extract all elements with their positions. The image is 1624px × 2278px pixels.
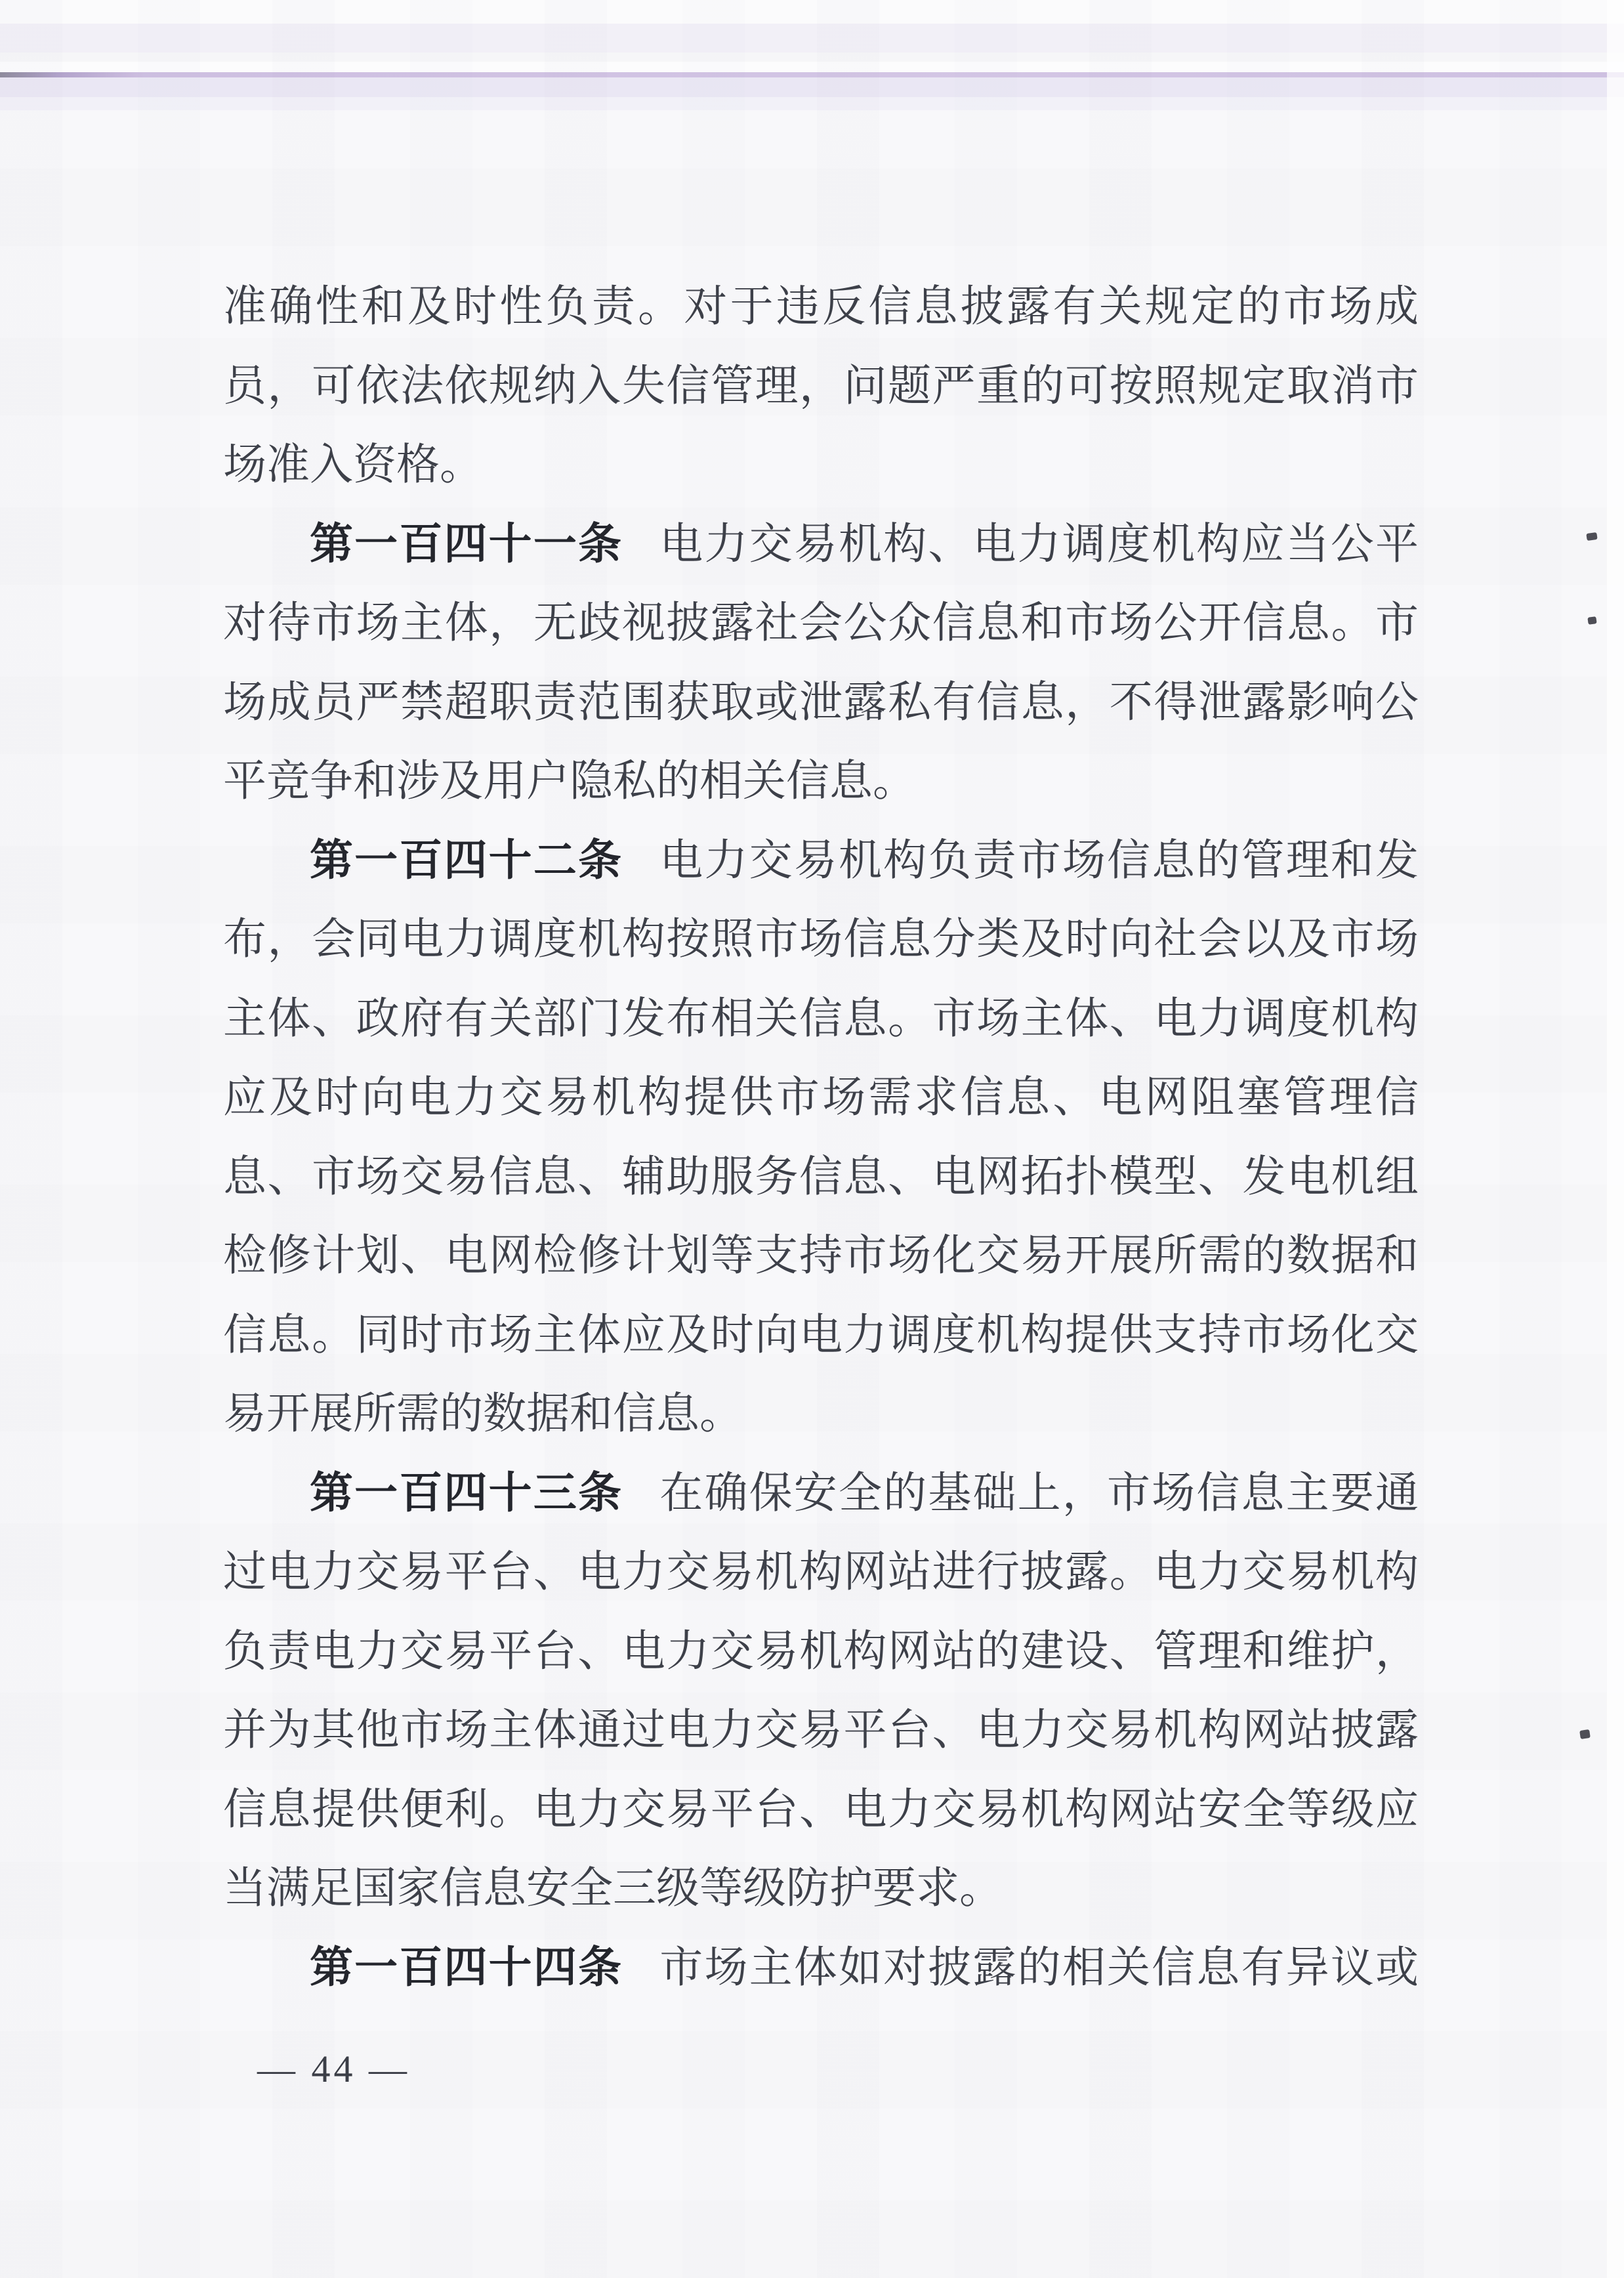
text-segment: 应及时向电力交易机构提供市场需求信息、电网阻塞管理信 xyxy=(223,1074,1419,1122)
text-segment: 场准入资格。 xyxy=(223,441,483,489)
document-page: 准确性和及时性负责。对于违反信息披露有关规定的市场成员，可依法依规纳入失信管理，… xyxy=(0,0,1624,2278)
text-line: 信息。同时市场主体应及时向电力调度机构提供支持市场化交 xyxy=(223,1296,1419,1376)
text-segment: 负责电力交易平台、电力交易机构网站的建设、管理和维护， xyxy=(223,1628,1419,1676)
text-segment: 准确性和及时性负责。对于违反信息披露有关规定的市场成 xyxy=(223,283,1419,331)
text-segment: 电力交易机构、电力调度机构应当公平 xyxy=(659,520,1419,568)
text-segment: 在确保安全的基础上，市场信息主要通 xyxy=(659,1469,1419,1517)
ink-speck xyxy=(1579,1729,1591,1739)
text-line: 准确性和及时性负责。对于违反信息披露有关规定的市场成 xyxy=(223,268,1419,347)
scan-right-edge xyxy=(1607,0,1624,2278)
article-number: 第一百四十一条 xyxy=(310,520,623,568)
article-number: 第一百四十二条 xyxy=(310,837,623,885)
text-segment: 信息。同时市场主体应及时向电力调度机构提供支持市场化交 xyxy=(223,1311,1419,1359)
scan-purple-line xyxy=(0,72,1624,77)
article-paragraph-line: 第一百四十三条在确保安全的基础上，市场信息主要通 xyxy=(223,1454,1419,1534)
text-line: 场成员严禁超职责范围获取或泄露私有信息，不得泄露影响公 xyxy=(223,664,1419,743)
text-segment: 过电力交易平台、电力交易机构网站进行披露。电力交易机构 xyxy=(223,1548,1419,1596)
text-line: 过电力交易平台、电力交易机构网站进行披露。电力交易机构 xyxy=(223,1533,1419,1613)
text-segment: 息、市场交易信息、辅助服务信息、电网拓扑模型、发电机组 xyxy=(223,1153,1419,1201)
article-paragraph-line: 第一百四十四条市场主体如对披露的相关信息有异议或 xyxy=(223,1929,1419,2008)
scan-band-top-white xyxy=(0,0,1624,24)
text-line: 员，可依法依规纳入失信管理，问题严重的可按照规定取消市 xyxy=(223,347,1419,427)
text-segment: 场成员严禁超职责范围获取或泄露私有信息，不得泄露影响公 xyxy=(223,679,1419,727)
text-line: 布，会同电力调度机构按照市场信息分类及时向社会以及市场 xyxy=(223,900,1419,980)
scan-band-lavender xyxy=(0,77,1624,97)
text-segment: 市场主体如对披露的相关信息有异议或 xyxy=(659,1944,1419,1992)
text-line: 当满足国家信息安全三级等级防护要求。 xyxy=(223,1849,1419,1929)
text-line: 平竞争和涉及用户隐私的相关信息。 xyxy=(223,742,1419,822)
scan-band-white-strip xyxy=(0,62,1624,72)
text-segment: 易开展所需的数据和信息。 xyxy=(223,1390,743,1438)
document-text-block: 准确性和及时性负责。对于违反信息披露有关规定的市场成员，可依法依规纳入失信管理，… xyxy=(223,268,1419,2008)
text-segment: 当满足国家信息安全三级等级防护要求。 xyxy=(223,1865,1003,1912)
text-segment: 员，可依法依规纳入失信管理，问题严重的可按照规定取消市 xyxy=(223,362,1419,410)
text-segment: 信息提供便利。电力交易平台、电力交易机构网站安全等级应 xyxy=(223,1786,1419,1834)
text-segment: 并为其他市场主体通过电力交易平台、电力交易机构网站披露 xyxy=(223,1706,1419,1754)
text-line: 对待市场主体，无歧视披露社会公众信息和市场公开信息。市 xyxy=(223,584,1419,664)
page-number-label: — 44 — xyxy=(257,2048,410,2090)
text-line: 检修计划、电网检修计划等支持市场化交易开展所需的数据和 xyxy=(223,1217,1419,1296)
text-line: 场准入资格。 xyxy=(223,426,1419,505)
text-line: 主体、政府有关部门发布相关信息。市场主体、电力调度机构 xyxy=(223,980,1419,1059)
text-segment: 平竞争和涉及用户隐私的相关信息。 xyxy=(223,757,916,805)
article-paragraph-line: 第一百四十二条电力交易机构负责市场信息的管理和发 xyxy=(223,822,1419,901)
text-line: 息、市场交易信息、辅助服务信息、电网拓扑模型、发电机组 xyxy=(223,1138,1419,1217)
text-line: 并为其他市场主体通过电力交易平台、电力交易机构网站披露 xyxy=(223,1691,1419,1771)
text-segment: 主体、政府有关部门发布相关信息。市场主体、电力调度机构 xyxy=(223,995,1419,1043)
page-number: — 44 — xyxy=(257,2046,410,2092)
scan-band-fade xyxy=(0,97,1624,110)
scan-band-faint-lavender xyxy=(0,24,1624,53)
ink-speck xyxy=(1587,616,1596,625)
article-number: 第一百四十三条 xyxy=(310,1469,623,1517)
article-paragraph-line: 第一百四十一条电力交易机构、电力调度机构应当公平 xyxy=(223,505,1419,585)
text-segment: 对待市场主体，无歧视披露社会公众信息和市场公开信息。市 xyxy=(223,599,1419,647)
article-number: 第一百四十四条 xyxy=(310,1944,623,1992)
ink-speck xyxy=(1586,532,1597,541)
text-segment: 检修计划、电网检修计划等支持市场化交易开展所需的数据和 xyxy=(223,1232,1419,1280)
text-segment: 布，会同电力调度机构按照市场信息分类及时向社会以及市场 xyxy=(223,916,1419,963)
text-line: 易开展所需的数据和信息。 xyxy=(223,1375,1419,1454)
text-segment: 电力交易机构负责市场信息的管理和发 xyxy=(659,837,1419,885)
text-line: 负责电力交易平台、电力交易机构网站的建设、管理和维护， xyxy=(223,1613,1419,1692)
text-line: 信息提供便利。电力交易平台、电力交易机构网站安全等级应 xyxy=(223,1771,1419,1850)
text-line: 应及时向电力交易机构提供市场需求信息、电网阻塞管理信 xyxy=(223,1059,1419,1138)
